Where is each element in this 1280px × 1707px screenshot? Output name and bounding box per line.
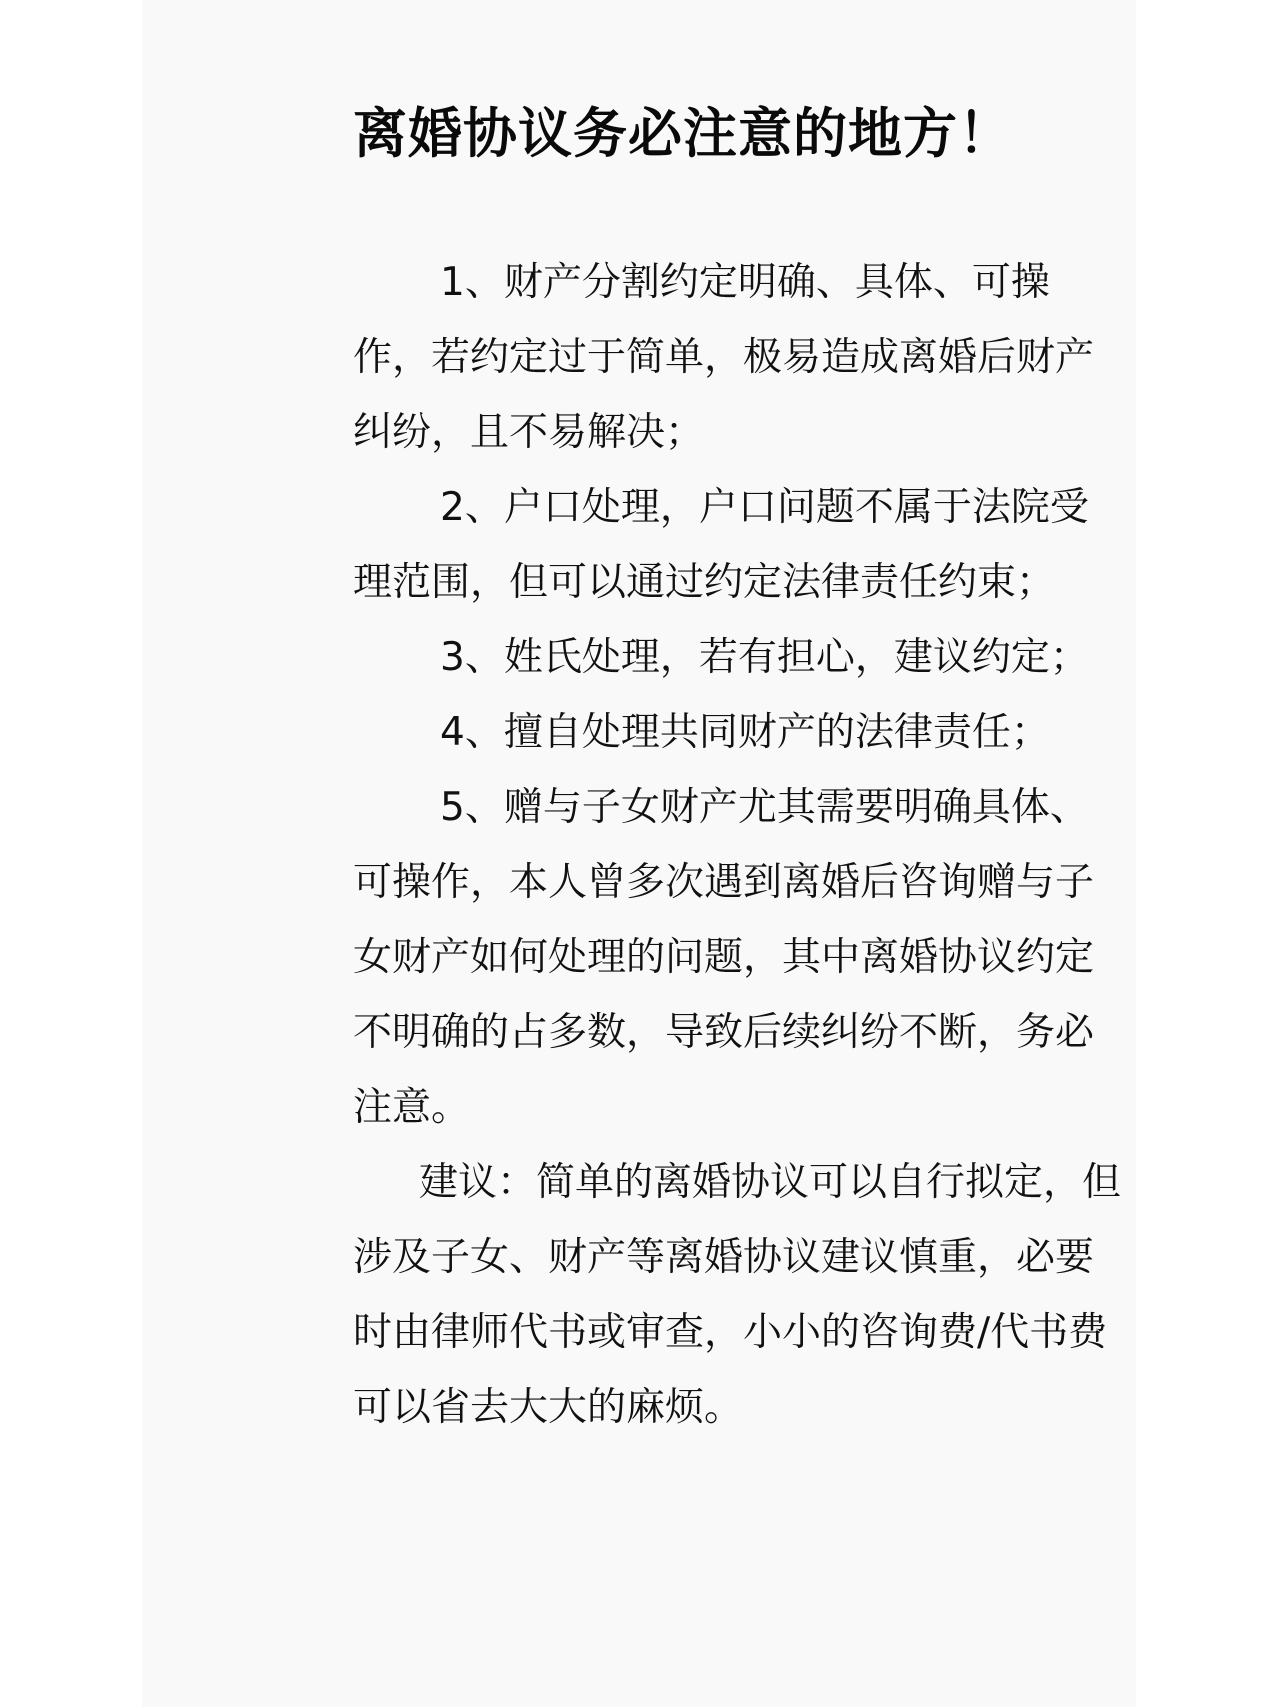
- item-4-line-1: 4、擅自处理共同财产的法律责任；: [353, 695, 1233, 770]
- document-card: 离婚协议务必注意的地方！ 1、财产分割约定明确、具体、可操 作，若约定过于简单，…: [142, 0, 1136, 1707]
- item-2-line-2: 理范围，但可以通过约定法律责任约束；: [353, 545, 1233, 620]
- item-5-line-3: 女财产如何处理的问题，其中离婚协议约定: [353, 920, 1233, 995]
- item-5-line-4: 不明确的占多数，导致后续纠纷不断，务必: [353, 995, 1233, 1070]
- page-title: 离婚协议务必注意的地方！: [353, 96, 1013, 172]
- advice-line-2: 涉及子女、财产等离婚协议建议慎重，必要: [353, 1220, 1233, 1295]
- item-5-line-2: 可操作，本人曾多次遇到离婚后咨询赠与子: [353, 845, 1233, 920]
- item-1-line-1: 1、财产分割约定明确、具体、可操: [353, 245, 1233, 320]
- advice-line-4: 可以省去大大的麻烦。: [353, 1370, 1233, 1445]
- advice-line-3: 时由律师代书或审查，小小的咨询费/代书费: [353, 1295, 1233, 1370]
- item-3-line-1: 3、姓氏处理，若有担心，建议约定；: [353, 620, 1233, 695]
- item-2-line-1: 2、户口处理，户口问题不属于法院受: [353, 470, 1233, 545]
- item-5-line-5: 注意。: [353, 1070, 1233, 1145]
- item-5-line-1: 5、赠与子女财产尤其需要明确具体、: [353, 770, 1233, 845]
- advice-line-1: 建议：简单的离婚协议可以自行拟定，但: [353, 1145, 1233, 1220]
- item-1-line-3: 纠纷，且不易解决；: [353, 395, 1233, 470]
- article-body: 1、财产分割约定明确、具体、可操 作，若约定过于简单，极易造成离婚后财产 纠纷，…: [353, 245, 1233, 1445]
- item-1-line-2: 作，若约定过于简单，极易造成离婚后财产: [353, 320, 1233, 395]
